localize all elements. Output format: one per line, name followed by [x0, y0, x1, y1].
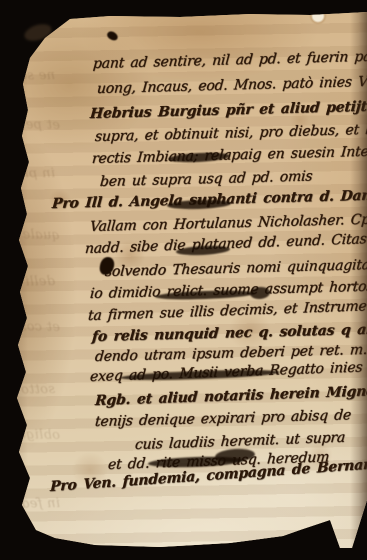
- photo-background: em ondse lnano omec suaum eina semo eral…: [0, 0, 367, 560]
- ink-blots-layer: [0, 0, 367, 560]
- ink-blot: [106, 29, 120, 42]
- bleedthrough-line: em ond: [0, 50, 2, 67]
- ink-blot: [99, 256, 115, 276]
- manuscript-page: em ondse lnano omec suaum eina semo eral…: [0, 0, 367, 560]
- bleedthrough-line: se lna: [0, 80, 4, 96]
- bleedthrough-line: le nor: [0, 474, 2, 490]
- heavy-ink-overstroke: [167, 199, 231, 210]
- bleedthrough-line: ec sua: [0, 132, 6, 149]
- heavy-ink-overstroke: [168, 151, 230, 163]
- bleedthrough-line: da nes: [0, 330, 4, 347]
- heavy-ink-overstroke: [155, 289, 255, 300]
- bleedthrough-line: ru osa: [0, 280, 6, 296]
- heavy-ink-overstroke: [176, 245, 230, 257]
- bleedthrough-line: an elo: [0, 400, 2, 417]
- heavy-ink-overstroke: [215, 448, 256, 464]
- bleedthrough-line: eno ma: [0, 253, 2, 271]
- bleedthrough-line: mi ser: [0, 449, 4, 465]
- bleedthrough-line: mo era: [0, 206, 4, 223]
- heavy-ink-overstroke: [120, 368, 280, 382]
- bleedthrough-line: er dis: [0, 378, 6, 394]
- bleedthrough-line: um ei: [0, 157, 2, 174]
